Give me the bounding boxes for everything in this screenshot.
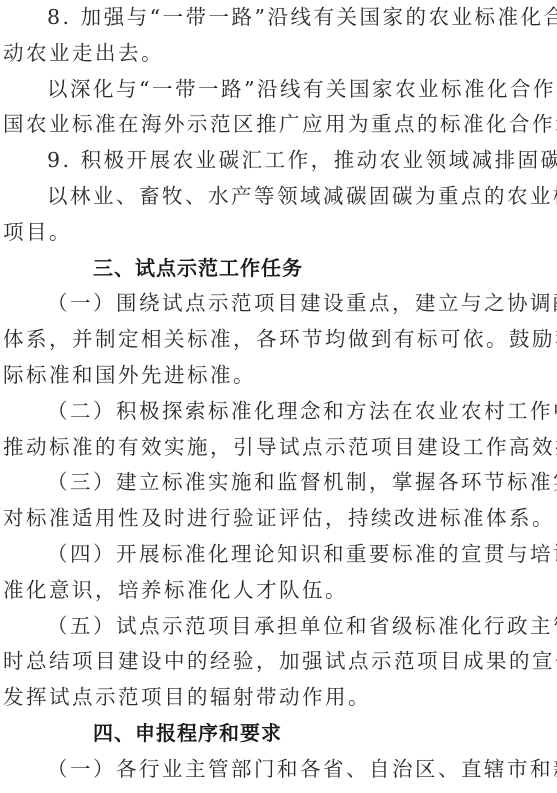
heading-text: 四、申报程序和要求 [3, 716, 555, 752]
paragraph-task-1: （一）围绕试点示范项目建设重点，建立与之协调配套的标准 体系，并制定相关标准，各… [3, 286, 555, 393]
paragraph-item-8: 8. 加强与“一带一路”沿线有关国家的农业标准化合作，推 动农业走出去。 [3, 0, 555, 72]
section-heading-3: 三、试点示范工作任务 [3, 251, 555, 287]
paragraph-item-9-detail: 以林业、畜牧、水产等领域减碳固碳为重点的农业标准化示范 项目。 [3, 179, 555, 251]
text-line: 项目。 [3, 215, 555, 251]
text-line: 发挥试点示范项目的辐射带动作用。 [3, 680, 555, 716]
text-line: 9. 积极开展农业碳汇工作，推动农业领域减排固碳。 [3, 143, 555, 179]
text-line: 以林业、畜牧、水产等领域减碳固碳为重点的农业标准化示范 [3, 179, 555, 215]
paragraph-procedure-1: （一）各行业主管部门和各省、自治区、直辖市和新疆生产 [3, 752, 555, 788]
document-page: 8. 加强与“一带一路”沿线有关国家的农业标准化合作，推 动农业走出去。 以深化… [3, 0, 555, 788]
text-line: 际标准和国外先进标准。 [3, 358, 555, 394]
heading-text: 三、试点示范工作任务 [3, 251, 555, 287]
text-line: 对标准适用性及时进行验证评估，持续改进标准体系。 [3, 501, 555, 537]
text-line: 推动标准的有效实施，引导试点示范项目建设工作高效推进。 [3, 430, 555, 466]
text-line: （二）积极探索标准化理念和方法在农业农村工作中的应用， [3, 394, 555, 430]
section-heading-4: 四、申报程序和要求 [3, 716, 555, 752]
text-line: 准化意识，培养标准化人才队伍。 [3, 573, 555, 609]
paragraph-task-2: （二）积极探索标准化理念和方法在农业农村工作中的应用， 推动标准的有效实施，引导… [3, 394, 555, 466]
text-line: 时总结项目建设中的经验，加强试点示范项目成果的宣传和推广， [3, 644, 555, 680]
text-line: （三）建立标准实施和监督机制，掌握各环节标准实施情况， [3, 465, 555, 501]
text-line: 动农业走出去。 [3, 36, 555, 72]
text-line: （四）开展标准化理论知识和重要标准的宣贯与培训，提高标 [3, 537, 555, 573]
text-line: （一）各行业主管部门和各省、自治区、直辖市和新疆生产 [3, 752, 555, 788]
paragraph-task-5: （五）试点示范项目承担单位和省级标准化行政主管部门应及 时总结项目建设中的经验，… [3, 609, 555, 716]
paragraph-item-8-detail: 以深化与“一带一路”沿线有关国家农业标准化合作、推动中 国农业标准在海外示范区推… [3, 72, 555, 144]
text-line: 以深化与“一带一路”沿线有关国家农业标准化合作、推动中 [3, 72, 555, 108]
text-line: （一）围绕试点示范项目建设重点，建立与之协调配套的标准 [3, 286, 555, 322]
paragraph-item-9: 9. 积极开展农业碳汇工作，推动农业领域减排固碳。 [3, 143, 555, 179]
text-line: 8. 加强与“一带一路”沿线有关国家的农业标准化合作，推 [3, 0, 555, 36]
text-line: 国农业标准在海外示范区推广应用为重点的标准化合作示范项目。 [3, 107, 555, 143]
paragraph-task-4: （四）开展标准化理论知识和重要标准的宣贯与培训，提高标 准化意识，培养标准化人才… [3, 537, 555, 609]
paragraph-task-3: （三）建立标准实施和监督机制，掌握各环节标准实施情况， 对标准适用性及时进行验证… [3, 465, 555, 537]
text-line: 体系，并制定相关标准，各环节均做到有标可依。鼓励积极采用国 [3, 322, 555, 358]
text-line: （五）试点示范项目承担单位和省级标准化行政主管部门应及 [3, 609, 555, 645]
